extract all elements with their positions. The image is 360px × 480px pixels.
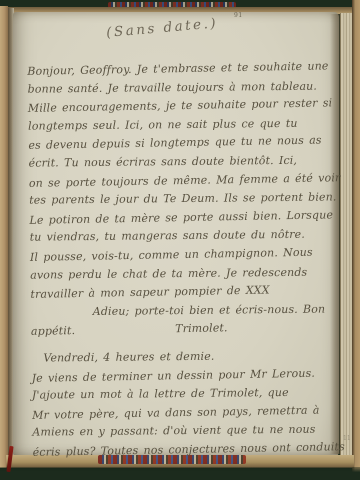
book-spine-edge (0, 6, 8, 468)
letter-body: Bonjour, Geoffroy. Je t'embrasse et te s… (27, 58, 347, 462)
closing-word: appétit. (31, 324, 75, 338)
page-number: 91 (234, 12, 243, 19)
book-cover-right (352, 0, 360, 480)
background-cloth (0, 467, 360, 480)
scanned-letter-page: (Sans date.) 91 11 Bonjour, Geoffroy. Je… (0, 0, 360, 480)
signature-row: appétit.Trimolet. (31, 317, 345, 341)
signature: Trimolet. (175, 322, 228, 336)
